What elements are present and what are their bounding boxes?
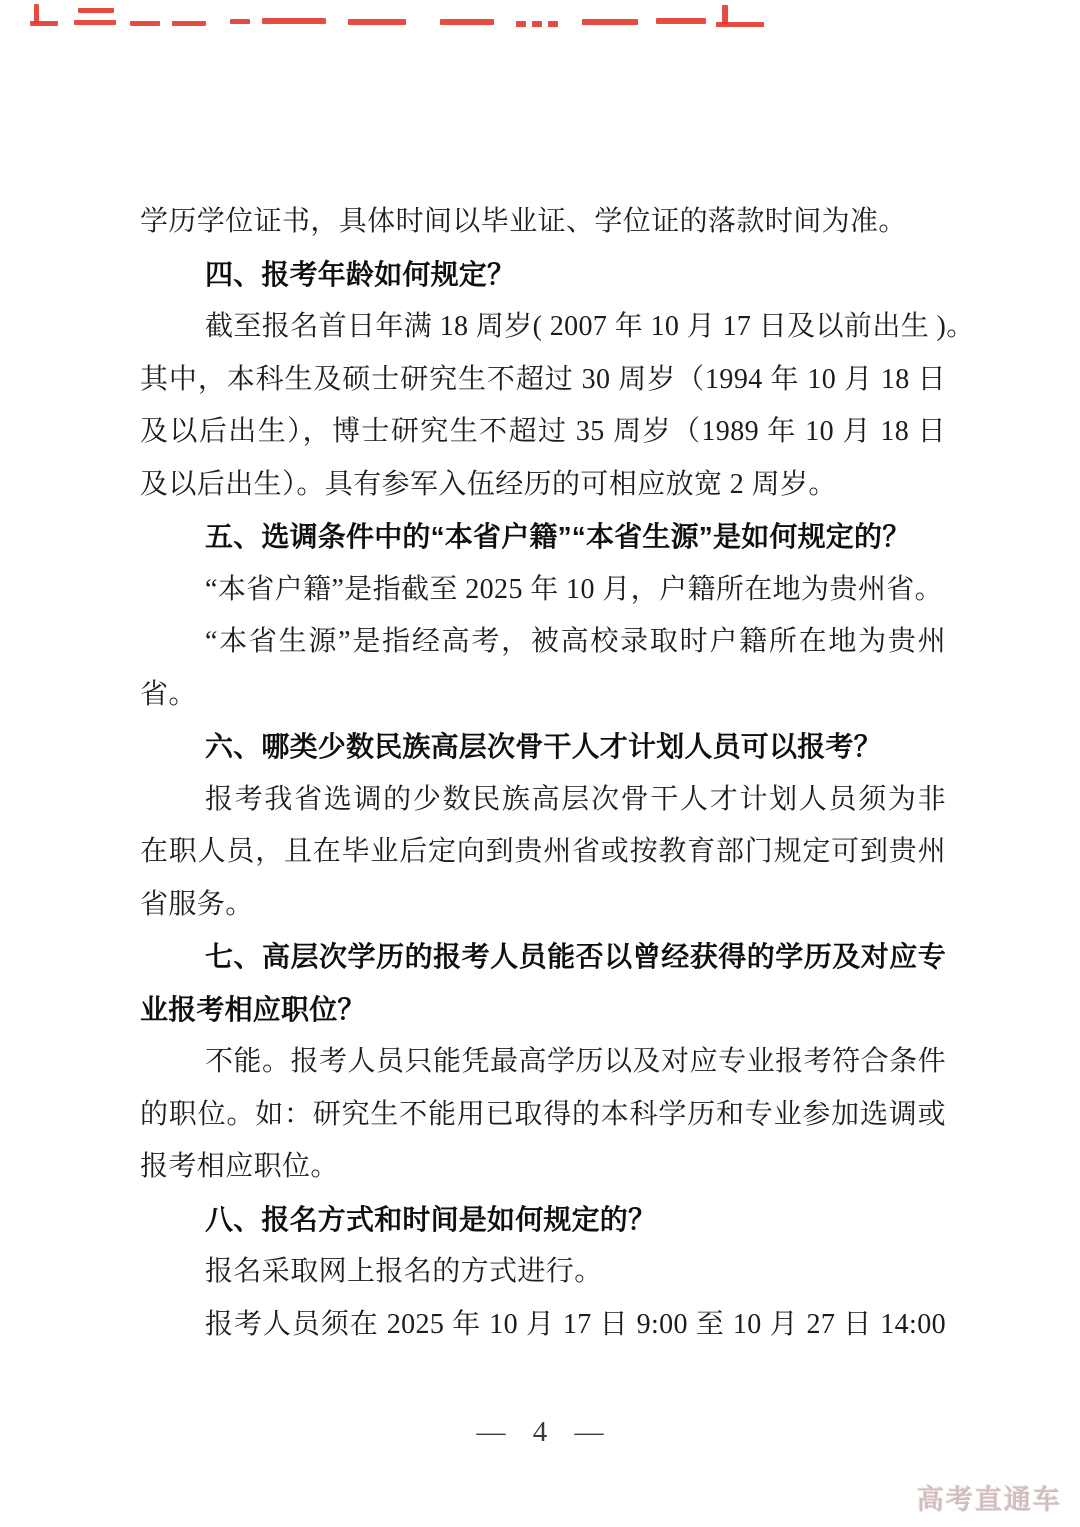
red-mark-fragment bbox=[516, 21, 526, 27]
text-line: 省。 bbox=[140, 669, 946, 722]
red-mark-fragment bbox=[172, 21, 206, 26]
text-line: 学历学位证书，具体时间以毕业证、学位证的落款时间为准。 bbox=[140, 196, 946, 249]
red-mark-fragment bbox=[74, 20, 116, 25]
page-number: — 4 — bbox=[0, 1416, 1080, 1449]
watermark-gaokao-zhitongche: 高考直通车 bbox=[917, 1478, 1062, 1517]
text-line: 截至报名首日年满 18 周岁( 2007 年 10 月 17 日及以前出生 )。 bbox=[140, 301, 946, 354]
text-line: 及以后出生），博士研究生不超过 35 周岁（1989 年 10 月 18 日 bbox=[140, 406, 946, 459]
question-heading-7: 七、高层次学历的报考人员能否以曾经获得的学历及对应专 bbox=[140, 931, 946, 984]
red-mark-fragment bbox=[716, 22, 764, 27]
question-heading-5: 五、选调条件中的“本省户籍”“本省生源”是如何规定的？ bbox=[140, 511, 946, 564]
document-body: 学历学位证书，具体时间以毕业证、学位证的落款时间为准。 四、报考年龄如何规定？ … bbox=[140, 196, 946, 1351]
text-line: 不能。报考人员只能凭最高学历以及对应专业报考符合条件 bbox=[140, 1036, 946, 1089]
red-mark-fragment bbox=[548, 21, 558, 27]
text-line: “本省户籍”是指截至 2025 年 10 月，户籍所在地为贵州省。 bbox=[140, 564, 946, 617]
red-mark-fragment bbox=[348, 19, 406, 25]
red-mark-fragment bbox=[532, 21, 542, 27]
text-line: 在职人员，且在毕业后定向到贵州省或按教育部门规定可到贵州 bbox=[140, 826, 946, 879]
red-mark-fragment bbox=[440, 19, 494, 25]
red-mark-fragment bbox=[230, 19, 250, 24]
red-pen-marks bbox=[0, 0, 1080, 40]
red-mark-fragment bbox=[262, 18, 326, 24]
question-heading-4: 四、报考年龄如何规定？ bbox=[140, 249, 946, 302]
text-line: 报名采取网上报名的方式进行。 bbox=[140, 1246, 946, 1299]
question-heading-6: 六、哪类少数民族高层次骨干人才计划人员可以报考？ bbox=[140, 721, 946, 774]
text-line: 省服务。 bbox=[140, 879, 946, 932]
question-heading-8: 八、报名方式和时间是如何规定的？ bbox=[140, 1194, 946, 1247]
text-line: 其中，本科生及硕士研究生不超过 30 周岁（1994 年 10 月 18 日 bbox=[140, 354, 946, 407]
red-mark-fragment bbox=[130, 21, 160, 26]
red-mark-fragment bbox=[582, 19, 638, 25]
text-line: 报考人员须在 2025 年 10 月 17 日 9:00 至 10 月 27 日… bbox=[140, 1299, 946, 1352]
text-line: 报考我省选调的少数民族高层次骨干人才计划人员须为非 bbox=[140, 774, 946, 827]
text-line: “本省生源”是指经高考，被高校录取时户籍所在地为贵州 bbox=[140, 616, 946, 669]
red-mark-fragment bbox=[30, 21, 58, 26]
red-mark-fragment bbox=[78, 8, 114, 13]
document-page: 学历学位证书，具体时间以毕业证、学位证的落款时间为准。 四、报考年龄如何规定？ … bbox=[0, 0, 1080, 1527]
text-line: 的职位。如：研究生不能用已取得的本科学历和专业参加选调或 bbox=[140, 1089, 946, 1142]
text-line: 及以后出生）。具有参军入伍经历的可相应放宽 2 周岁。 bbox=[140, 459, 946, 512]
red-mark-fragment bbox=[656, 18, 706, 24]
text-line: 报考相应职位。 bbox=[140, 1141, 946, 1194]
question-heading-7-cont: 业报考相应职位？ bbox=[140, 984, 946, 1037]
